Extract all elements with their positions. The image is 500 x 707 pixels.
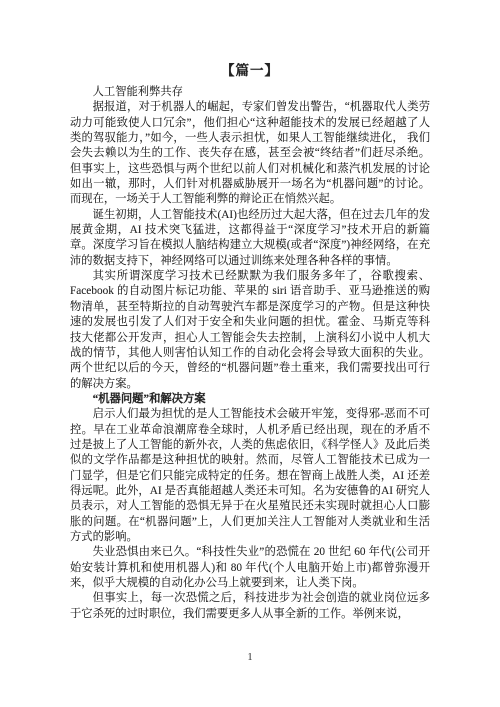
paragraph: 失业恐惧由来已久。“科技性失业”的恐慌在 20 世纪 60 年代(公司开始安装计… xyxy=(70,545,430,591)
paragraph: 启示人们最为担忧的是人工智能技术会破开牢笼，变得邪-恶而不可控。早在工业革命浪潮… xyxy=(70,407,430,545)
doc-body: 人工智能利弊共存 据报道，对于机器人的崛起，专家们曾发出警告，“机器取代人类劳动… xyxy=(70,85,430,622)
document-page: 【篇一】 人工智能利弊共存 据报道，对于机器人的崛起，专家们曾发出警告，“机器取… xyxy=(0,0,500,707)
paragraph: 诞生初期，人工智能技术(AI)也经历过大起大落，但在过去几年的发展黄金期，AI … xyxy=(70,208,430,269)
doc-title: 【篇一】 xyxy=(0,61,500,80)
page-number: 1 xyxy=(0,652,500,663)
subsection-heading: “机器问题”和解决方案 xyxy=(70,392,430,407)
section-heading: 人工智能利弊共存 xyxy=(70,85,430,100)
paragraph: 但事实上，每一次恐慌之后，科技进步为社会创造的就业岗位远多于它杀死的过时职位，我… xyxy=(70,591,430,622)
paragraph: 其实所谓深度学习技术已经默默为我们服务多年了，谷歌搜索、Facebook 的自动… xyxy=(70,269,430,392)
paragraph: 据报道，对于机器人的崛起，专家们曾发出警告，“机器取代人类劳动力可能致使人口冗余… xyxy=(70,100,430,207)
